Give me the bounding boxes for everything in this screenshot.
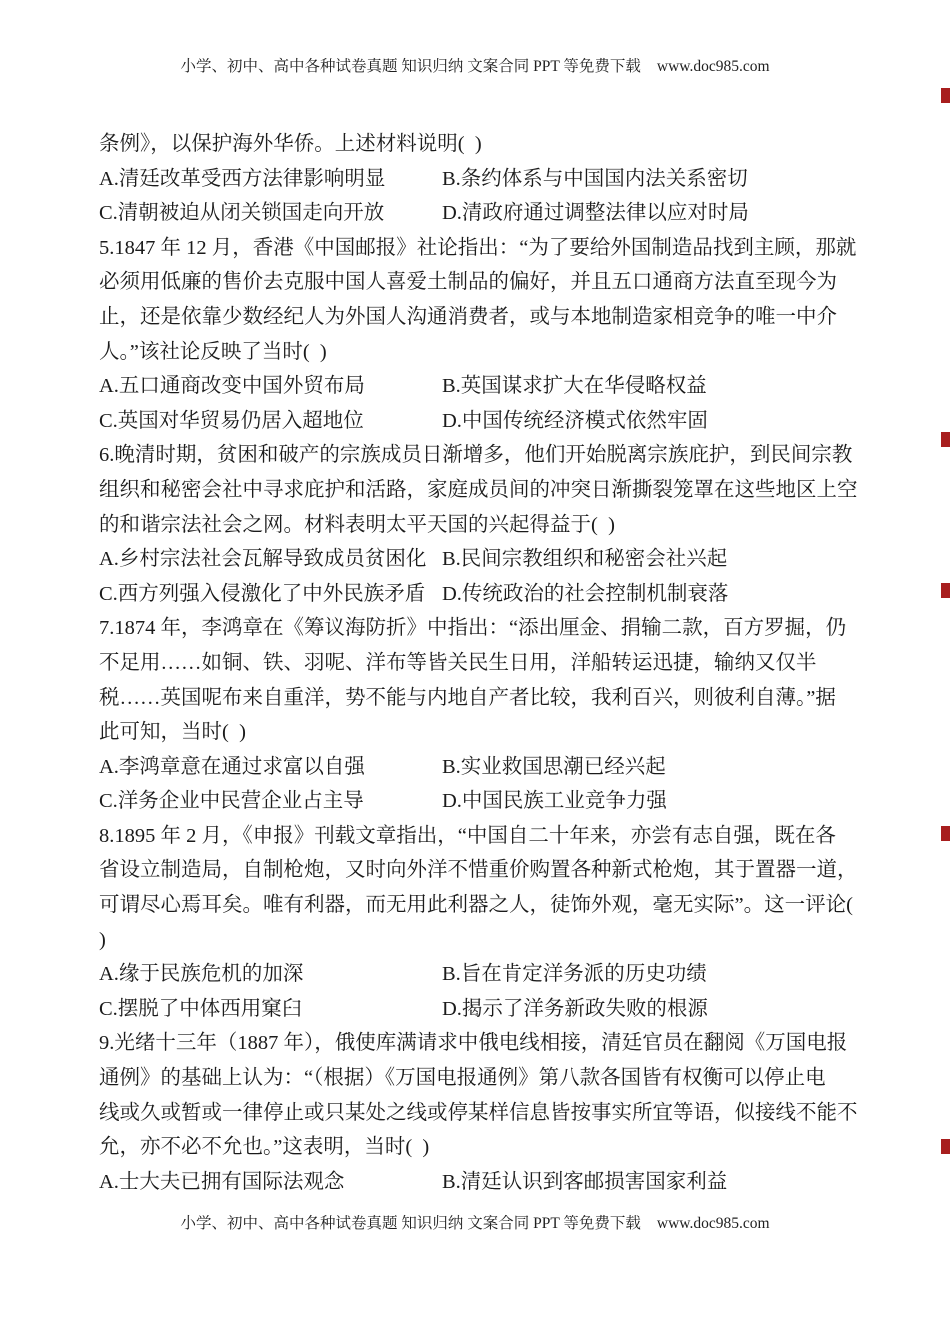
question-7-line-2: 不足用……如铜、铁、羽呢、洋布等皆关民生日用，洋船转运迅捷，输纳又仅半 [99,646,861,681]
question-7-option-c: C.洋务企业中民营企业占主导 [99,784,442,819]
question-8-line-4: ) [99,923,861,958]
question-7-option-b: B.实业救国思潮已经兴起 [442,750,861,785]
question-9-line-3: 线或久或暂或一律停止或只某处之线或停某样信息皆按事实所宜等语，似接线不能不 [99,1096,861,1131]
question-7-option-a: A.李鸿章意在通过求富以自强 [99,750,442,785]
header-text: 小学、初中、高中各种试卷真题 知识归纳 文案合同 PPT 等免费下载 [180,58,640,75]
edge-marker [941,583,950,598]
question-5-line-3: 止，还是依靠少数经纪人为外国人沟通消费者，或与本地制造家相竞争的唯一中介 [99,300,861,335]
document-body: 条例》，以保护海外华侨。上述材料说明( ) A.清廷改革受西方法律影响明显 B.… [99,127,861,1199]
question-8-options-cd: C.摆脱了中体西用窠臼 D.揭示了洋务新政失败的根源 [99,992,861,1027]
question-7-option-d: D.中国民族工业竞争力强 [442,784,861,819]
question-5-option-d: D.中国传统经济模式依然牢固 [442,404,861,439]
question-6-option-a: A.乡村宗法社会瓦解导致成员贫困化 [99,542,442,577]
edge-marker [941,1139,950,1154]
question-6-options-ab: A.乡村宗法社会瓦解导致成员贫困化 B.民间宗教组织和秘密会社兴起 [99,542,861,577]
page-footer: 小学、初中、高中各种试卷真题 知识归纳 文案合同 PPT 等免费下载www.do… [0,1211,950,1233]
edge-marker [941,826,950,841]
question-6-options-cd: C.西方列强入侵激化了中外民族矛盾 D.传统政治的社会控制机制衰落 [99,577,861,612]
question-8-line-3: 可谓尽心焉耳矣。唯有利器，而无用此利器之人，徒饰外观，毫无实际”。这一评论( [99,888,861,923]
question-4-option-b: B.条约体系与中国国内法关系密切 [442,162,861,197]
question-9-line-4: 允，亦不必不允也。”这表明，当时( ) [99,1130,861,1165]
question-4-option-c: C.清朝被迫从闭关锁国走向开放 [99,196,442,231]
question-9-line-1: 9.光绪十三年（1887 年），俄使库满请求中俄电线相接，清廷官员在翻阅《万国电… [99,1026,861,1061]
question-5-option-c: C.英国对华贸易仍居入超地位 [99,404,442,439]
question-8-options-ab: A.缘于民族危机的加深 B.旨在肯定洋务派的历史功绩 [99,957,861,992]
question-4-options-cd: C.清朝被迫从闭关锁国走向开放 D.清政府通过调整法律以应对时局 [99,196,861,231]
question-4-options-ab: A.清廷改革受西方法律影响明显 B.条约体系与中国国内法关系密切 [99,162,861,197]
question-6-line-1: 6.晚清时期，贫困和破产的宗族成员日渐增多，他们开始脱离宗族庇护，到民间宗教 [99,438,861,473]
footer-text: 小学、初中、高中各种试卷真题 知识归纳 文案合同 PPT 等免费下载 [180,1215,640,1232]
question-8-line-2: 省设立制造局，自制枪炮，又时向外洋不惜重价购置各种新式枪炮，其于置器一道， [99,853,861,888]
exam-document-page: 小学、初中、高中各种试卷真题 知识归纳 文案合同 PPT 等免费下载www.do… [0,0,950,1344]
question-7-options-cd: C.洋务企业中民营企业占主导 D.中国民族工业竞争力强 [99,784,861,819]
question-8-option-b: B.旨在肯定洋务派的历史功绩 [442,957,861,992]
question-8-option-d: D.揭示了洋务新政失败的根源 [442,992,861,1027]
question-7-line-4: 此可知，当时( ) [99,715,861,750]
page-header: 小学、初中、高中各种试卷真题 知识归纳 文案合同 PPT 等免费下载www.do… [0,54,950,76]
question-6-option-d: D.传统政治的社会控制机制衰落 [442,577,861,612]
question-5-line-1: 5.1847 年 12 月，香港《中国邮报》社论指出：“为了要给外国制造品找到主… [99,231,861,266]
question-6-option-c: C.西方列强入侵激化了中外民族矛盾 [99,577,442,612]
question-7-line-1: 7.1874 年，李鸿章在《筹议海防折》中指出：“添出厘金、捐输二款，百方罗掘，… [99,611,861,646]
question-6-option-b: B.民间宗教组织和秘密会社兴起 [442,542,861,577]
question-9-line-2: 通例》的基础上认为：“（根据）《万国电报通例》第八款各国皆有权衡可以停止电 [99,1061,861,1096]
question-4-line: 条例》，以保护海外华侨。上述材料说明( ) [99,127,861,162]
question-5-options-ab: A.五口通商改变中国外贸布局 B.英国谋求扩大在华侵略权益 [99,369,861,404]
question-9-options-ab: A.士大夫已拥有国际法观念 B.清廷认识到客邮损害国家利益 [99,1165,861,1200]
question-8-option-a: A.缘于民族危机的加深 [99,957,442,992]
footer-site-url: www.doc985.com [657,1215,770,1232]
question-9-option-a: A.士大夫已拥有国际法观念 [99,1165,442,1200]
question-4-option-d: D.清政府通过调整法律以应对时局 [442,196,861,231]
edge-marker [941,88,950,103]
question-5-line-2: 必须用低廉的售价去克服中国人喜爱土制品的偏好，并且五口通商方法直至现今为 [99,265,861,300]
question-6-line-2: 组织和秘密会社中寻求庇护和活路，家庭成员间的冲突日渐撕裂笼罩在这些地区上空 [99,473,861,508]
question-9-option-b: B.清廷认识到客邮损害国家利益 [442,1165,861,1200]
question-5-line-4: 人。”该社论反映了当时( ) [99,335,861,370]
question-4-option-a: A.清廷改革受西方法律影响明显 [99,162,442,197]
question-8-line-1: 8.1895 年 2 月，《申报》刊载文章指出，“中国自二十年来，亦尝有志自强，… [99,819,861,854]
question-6-line-3: 的和谐宗法社会之网。材料表明太平天国的兴起得益于( ) [99,508,861,543]
question-7-options-ab: A.李鸿章意在通过求富以自强 B.实业救国思潮已经兴起 [99,750,861,785]
header-site-url: www.doc985.com [657,58,770,75]
question-8-option-c: C.摆脱了中体西用窠臼 [99,992,442,1027]
question-7-line-3: 税……英国呢布来自重洋，势不能与内地自产者比较，我利百兴，则彼利自薄。”据 [99,681,861,716]
question-5-option-b: B.英国谋求扩大在华侵略权益 [442,369,861,404]
question-5-options-cd: C.英国对华贸易仍居入超地位 D.中国传统经济模式依然牢固 [99,404,861,439]
edge-marker [941,432,950,447]
question-5-option-a: A.五口通商改变中国外贸布局 [99,369,442,404]
